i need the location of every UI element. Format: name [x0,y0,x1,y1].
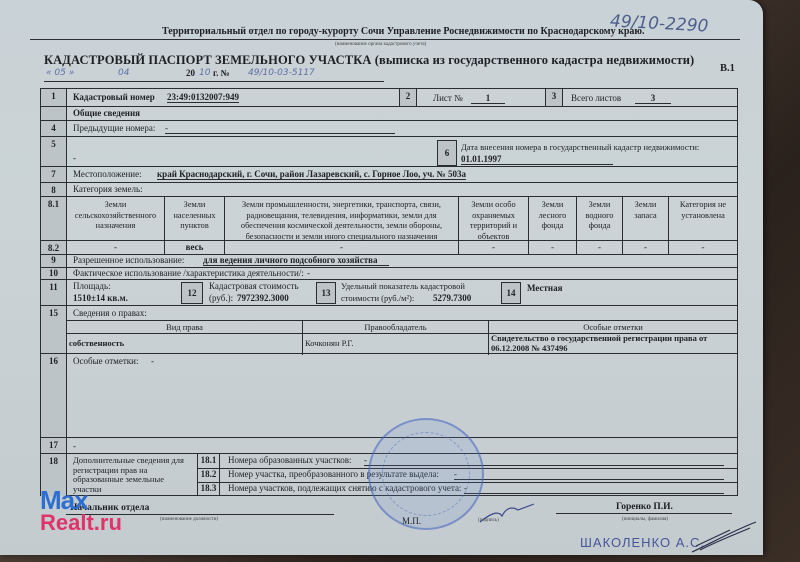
divider [556,513,732,514]
date-year-suffix: 10 [199,68,210,78]
row-number: 7 [41,167,67,182]
row-17-value: - [73,441,76,451]
position-caption: (наименование должности) [160,517,218,522]
row-number: 17 [41,438,67,453]
row-number: 13 [316,282,336,304]
category-value: - [577,241,623,254]
seal-label: М.П. [402,516,421,526]
cadastral-value-label: Кадастровая стоимость [209,281,299,291]
registration-date-value: 01.01.1997 [461,154,613,165]
row-number: 9 [41,255,67,267]
rights-table: Вид права Правообладатель Особые отметки… [67,320,737,355]
row-land-category-values: 8.2 - весь - - - - - - [41,241,737,255]
actual-use-label: Фактическое использование /характеристик… [73,268,304,278]
specific-value-unit: стоимости (руб./м²): [341,293,414,303]
registration-date-label: Дата внесения номера в государственный к… [461,142,699,152]
row-number: 16 [41,354,67,437]
row-rights: 15 Сведения о правах: Вид права Правообл… [41,306,737,354]
specific-value-label: Удельный показатель кадастровой [341,281,465,291]
transformed-parcel-value: - [454,469,724,480]
row-number: 15 [41,306,67,353]
row-number: 10 [41,268,67,279]
area-value: 1510±14 кв.м. [73,293,128,303]
category-industrial: Земли промышленности, энергетики, трансп… [225,197,459,240]
row-location: 7 Местоположение: край Краснодарский, г.… [41,167,737,183]
category-value: - [67,241,165,254]
formed-parcels-label: Номера образованных участков: [228,455,352,465]
row-number: 8.2 [41,241,67,254]
row-number: 14 [501,282,521,304]
rights-header-holder: Правообладатель [303,321,489,333]
general-info-heading: Общие сведения [73,108,140,118]
date-day: « 05 » [46,68,74,78]
category-not-set: Категория не установлена [669,197,737,240]
divider [30,39,740,40]
land-category-label: Категория земель: [73,184,143,194]
right-holder: Кочконян Р.Г. [303,333,489,355]
organization-caption: (наименование органа кадастрового учета) [335,42,426,47]
cadastral-value-unit: (руб.): [209,293,233,303]
category-reserve: Земли запаса [623,197,669,240]
row-number: 8 [41,183,67,196]
row-land-category: 8 Категория земель: [41,183,737,197]
row-number [41,107,67,120]
row-number: 4 [41,121,67,136]
row-number: 18.3 [198,482,220,496]
row-number: 3 [545,88,563,107]
date-number-label: г. № [213,68,230,78]
official-seal [368,418,484,530]
row-number: 1 [41,89,67,106]
significance-value: Местная [527,283,562,293]
removed-parcels-value: - [464,483,724,494]
category-value: - [459,241,529,254]
permitted-use-value: для ведения личного подсобного хозяйства [203,255,389,266]
rights-header-type: Вид права [67,321,303,333]
category-value: - [669,241,737,254]
signer-name: Горенко П.И. [616,502,673,512]
category-value: - [529,241,577,254]
rights-table-row: собственность Кочконян Р.Г. Свидетельств… [67,333,737,355]
total-sheets-value: 3 [635,93,671,104]
row-number: 12 [181,282,203,304]
right-notes: Свидетельство о государственной регистра… [489,333,737,355]
row-permitted-use: 9 Разрешенное использование: для ведения… [41,255,737,268]
cadastral-number-label: Кадастровый номер [73,92,155,102]
category-protected: Земли особо охраняемых территорий и объе… [459,197,529,240]
row-special-notes: 16 Особые отметки: - [41,354,737,438]
form-code: В.1 [720,63,735,74]
location-label: Местоположение: [73,169,142,179]
date-year-prefix: 20 [186,68,195,78]
row-actual-use: 10 Фактическое использование /характерис… [41,268,737,280]
row-general-info: Общие сведения [41,107,737,121]
actual-use-value: - [307,268,310,278]
row-cadastral-number: 1 Кадастровый номер 23:49:0132007:949 2 … [41,89,737,107]
row-number: 8.1 [41,197,67,240]
category-agricultural: Земли сельскохозяйственного назначения [67,197,165,240]
additional-info-label: Дополнительные сведения для регистрации … [73,456,193,494]
specific-value: 5279.7300 [433,293,471,303]
cadastral-number-value: 23:49:0132007:949 [167,92,239,103]
row-number: 18.1 [198,454,220,468]
row-number: 5 [41,137,67,166]
location-value: край Краснодарский, г. Сочи, район Лазар… [157,169,466,180]
special-notes-label: Особые отметки: [73,356,139,366]
signature-icon [690,520,760,556]
row-number: 6 [437,140,457,166]
category-value: - [225,241,459,254]
document-title: КАДАСТРОВЫЙ ПАСПОРТ ЗЕМЕЛЬНОГО УЧАСТКА (… [44,53,694,68]
issuing-organization: Территориальный отдел по городу-курорту … [162,26,645,37]
cadastral-passport-document: 49/10-2290 Территориальный отдел по горо… [0,0,763,555]
category-forest: Земли лесного фонда [529,197,577,240]
rights-header-notes: Особые отметки [489,321,737,333]
permitted-use-label: Разрешенное использование: [73,255,184,265]
row-5-6: 5 - 6 Дата внесения номера в государстве… [41,137,737,167]
date-month: 04 [118,68,129,78]
row-5-value: - [73,153,76,163]
previous-numbers-label: Предыдущие номера: [73,123,155,133]
total-sheets-label: Всего листов [571,93,621,103]
category-settlements: Земли населенных пунктов [165,197,225,240]
right-type: собственность [67,333,303,355]
special-notes-value: - [151,356,154,366]
category-value: весь [165,241,225,254]
row-previous-numbers: 4 Предыдущие номера: - [41,121,737,137]
divider [44,81,384,82]
row-number: 11 [41,280,67,305]
category-water: Земли водного фонда [577,197,623,240]
rights-label: Сведения о правах: [73,308,147,318]
signer-caption: (инициалы, фамилия) [622,517,668,522]
signature-icon [478,500,538,526]
sheet-number-value: 1 [471,93,505,104]
sheet-number-label: Лист № [433,93,463,103]
certification-stamp-name: ШАКОЛЕНКО А.С. [580,535,705,550]
document-number: 49/10-03-5117 [248,68,315,78]
row-number: 2 [399,88,417,107]
row-land-category-names: 8.1 Земли сельскохозяйственного назначен… [41,197,737,241]
row-area-value: 11 Площадь: 1510±14 кв.м. 12 Кадастровая… [41,280,737,306]
area-label: Площадь: [73,281,111,291]
category-value: - [623,241,669,254]
previous-numbers-value: - [165,123,395,134]
row-number: 18.2 [198,468,220,482]
cadastral-value: 7972392.3000 [237,293,289,303]
watermark-site: Realt.ru [40,510,122,536]
